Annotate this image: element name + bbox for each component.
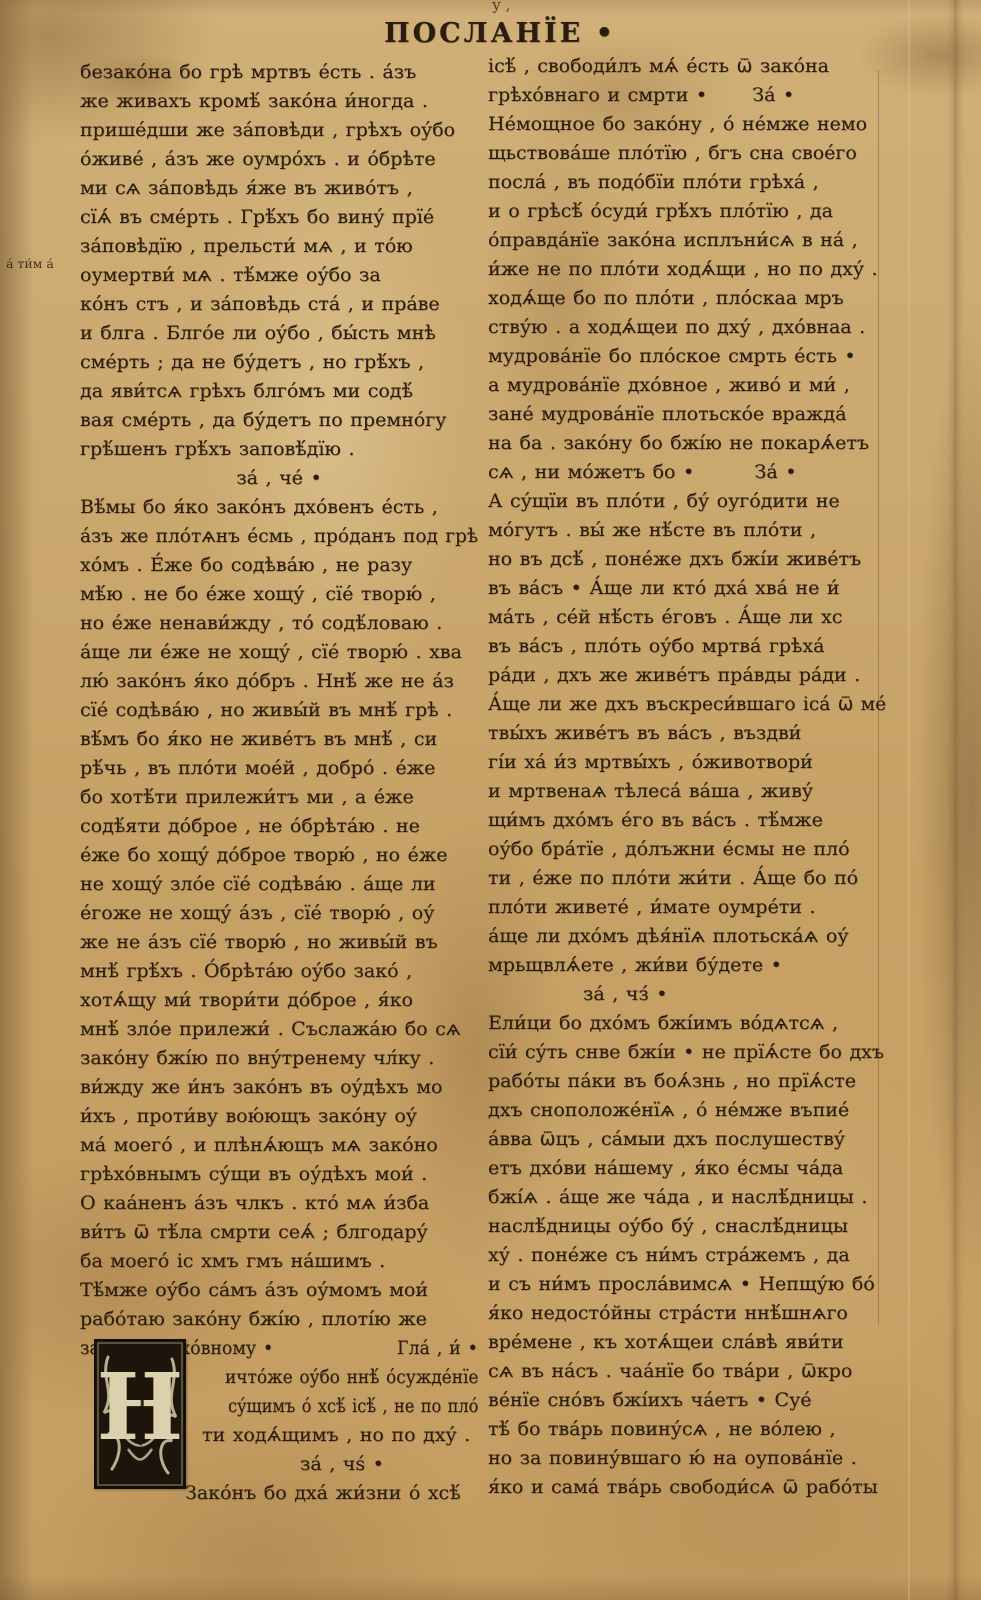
text-line: бжі́ѧ . а́ще же ча́да , и наслѣ́дницы . (488, 1183, 886, 1212)
text-line: вая сме́рть , да бу́детъ по премно́гу (80, 406, 478, 435)
text-line: я́ко и сама́ тва́рь свободи́сѧ ѿ рабо́ты (488, 1473, 886, 1502)
text-line: ба моего́ іс хмъ гмъ на́шимъ . (80, 1247, 478, 1276)
text-line: ти , е́же по пло́ти жи́ти . А́ще бо по́ (488, 864, 886, 893)
text-line: мудрова́нїе бо пло́ское смрть е́сть • (488, 342, 886, 371)
text-line: за́ , чз́ • (583, 980, 886, 1009)
text-line: и мртвенаѧ тѣлеса́ ва́ша , живу́ (488, 777, 886, 806)
text-line: мо́гутъ . вы́ же нѣ́сте въ пло́ти , (488, 516, 886, 545)
text-line: ви́тъ ѿ тѣ́ла смрти сеѧ́ ; блгодару́ (80, 1218, 478, 1247)
text-line: Не́мощное бо зако́ну , о́ не́мже немо (488, 110, 886, 139)
text-line: и блга . Блго́е ли оу́бо , бы́сть мнѣ (80, 319, 478, 348)
text-line: ма́ть , се́й нѣ́сть е́говъ . А́ще ли хс (488, 603, 886, 632)
text-line: А су́щїи въ пло́ти , бу́ оуго́дити не (488, 487, 886, 516)
text-line: же живахъ кромѣ́ зако́на и́ногда . (80, 87, 478, 116)
text-line: наслѣ́дницы оу́бо бу́ , снаслѣ́дницы (488, 1212, 886, 1241)
text-line: О каа́ненъ а́зъ члкъ . кто́ мѧ и́зба (80, 1189, 478, 1218)
text-line: ми сѧ за́повѣдь я́же въ живо́тъ , (80, 174, 478, 203)
text-line: безако́на бо грѣ мртвъ е́сть . а́зъ (80, 58, 478, 87)
text-line: мѣ́ю . не бо е́же хощу́ , сїе́ творю́ , (80, 580, 478, 609)
page-top-fragment: ӱ , (492, 0, 510, 14)
text-line: Зако́нъ бо дха́ жи́зни о́ хсѣ́ (185, 1479, 478, 1508)
text-line: ра́ди , дхъ же живе́тъ пра́вды ра́ди . (488, 661, 886, 690)
text-line: о́живе́ , а́зъ же оумро́хъ . и о́брѣте (80, 145, 478, 174)
text-line: хо́мъ . Е́же бо содѣва́ю , не разу (80, 551, 478, 580)
text-line: на ба . зако́ну бо бжі́ю не покарѧ́етъ (488, 429, 886, 458)
text-line: сїѧ́ въ сме́рть . Грѣ́хъ бо вину́ прїе́ (80, 203, 478, 232)
text-line: хотѧ́щу ми́ твори́ти до́брое , я́ко (80, 986, 478, 1015)
text-line: оу́бо бра́тїе , до́лъжни е́смы не пло́ (488, 835, 886, 864)
text-line: за́ , че́ • (80, 464, 478, 493)
text-line: Тѣ́мже оу́бо са́мъ а́зъ оу́момъ мои́ (80, 1276, 478, 1305)
text-line: мнѣ́ грѣ́хъ . О́брѣта́ю оу́бо зако́ , (80, 957, 478, 986)
text-line: но въ дсѣ́ , поне́же дхъ бжі́и живе́тъ (488, 545, 886, 574)
text-line: но е́же ненави́жду , то́ содѣ́ловаю . (80, 609, 478, 638)
text-line: ісѣ́ , свободи́лъ мѧ́ е́сть ѿ зако́на (488, 52, 886, 81)
text-line: бо хотѣ́ти прилежи́тъ ми , а е́же (80, 783, 478, 812)
text-line: ко́нъ стъ , и за́повѣдь ста́ , и пра́ве (80, 290, 478, 319)
text-line: и́же не по пло́ти ходѧ́щи , но по дху́ . (488, 255, 886, 284)
text-line: не хощу́ зло́е сїе́ содѣва́ю . а́ще ли (80, 870, 478, 899)
text-line: за́ , чѕ́ • (300, 1450, 478, 1479)
text-line: ичто́же оу́бо ннѣ́ о́сужде́нїе (225, 1363, 450, 1392)
text-line: грѣхо́внаго и смрти • За́ • (488, 81, 886, 110)
text-line: рабо́таю зако́ну бжі́ю , плоті́ю же (80, 1305, 478, 1334)
page-crease-dark (954, 0, 957, 1600)
text-line: въ ва́съ , пло́ть оу́бо мртва́ грѣха́ (488, 632, 886, 661)
text-line: а мудрова́нїе дхо́вное , живо́ и ми́ , (488, 371, 886, 400)
text-line: лю́ зако́нъ я́ко до́бръ . Ннѣ́ же не а́з (80, 667, 478, 696)
text-line: рѣ́чь , въ пло́ти мое́й , добро́ . е́же (80, 754, 478, 783)
text-line: за́повѣдїю , прельсти́ мѧ , и то́ю (80, 232, 478, 261)
text-line: вре́мене , къ хотѧ́щеи сла́вѣ яви́ти (488, 1328, 886, 1357)
text-line: содѣ́яти до́брое , не о́брѣта́ю . не (80, 812, 478, 841)
text-line: но за повину́вшаго ю́ на оупова́нїе . (488, 1444, 886, 1473)
text-line: оумертви́ мѧ . тѣ́мже оу́бо за (80, 261, 478, 290)
text-line: тѣ́ бо тва́рь повину́сѧ , не во́лею , (488, 1415, 886, 1444)
page-crease-light (908, 0, 910, 1600)
text-line: мнѣ́ зло́е прилежи́ . Съслажа́ю бо сѧ (80, 1015, 478, 1044)
text-line: въ ва́съ • А́ще ли кто́ дха́ хва́ не и́ (488, 574, 886, 603)
text-line: а́вва ѿцъ , са́мыи дхъ послушеству́ (488, 1125, 886, 1154)
text-line: су́щимъ о́ хсѣ́ ісѣ́ , не по пло́ (228, 1392, 441, 1421)
text-column-right: ісѣ́ , свободи́лъ мѧ́ е́сть ѿ зако́нагрѣ… (488, 52, 886, 1502)
text-line: и о грѣсѣ́ о́суди́ грѣ́хъ пло́тїю , да (488, 197, 886, 226)
text-line: рабо́ты па́ки въ боѧ́знь , но прїѧ́сте (488, 1067, 886, 1096)
text-line: твы́хъ живе́тъ въ ва́съ , въздви́ (488, 719, 886, 748)
text-line: А́ще ли же дхъ въскреси́вшаго іса́ ѿ ме́ (488, 690, 877, 719)
text-line: грѣ́шенъ грѣ́хъ заповѣ́дїю . (80, 435, 478, 464)
woodcut-initial-icon: Н (94, 1339, 186, 1489)
margin-note: а́ ти́м а́ (6, 256, 82, 271)
book-page: ӱ , ПОСЛАНЇЕ • а́ ти́м а́ безако́на бо г… (0, 0, 981, 1600)
text-line: о́правда́нїе зако́на исплъни́сѧ в на́ , (488, 226, 886, 255)
text-line: а́зъ же пло́тѧнъ е́смь , про́данъ под гр… (80, 522, 468, 551)
text-line: а́ще ли дхо́мъ дѣя́нїѧ плотьска́ѧ оу́ (488, 922, 886, 951)
text-line: мрьщвлѧ́ете , жи́ви бу́дете • (488, 951, 886, 980)
text-line: сїе́ содѣва́ю , но живы́й въ мнѣ́ грѣ . (80, 696, 478, 725)
text-line: ству́ю . а ходѧ́щеи по дху́ , дхо́внаа . (488, 313, 886, 342)
text-line: и́хъ , проти́ву вою́ющъ зако́ну оу́ (80, 1102, 478, 1131)
text-line: же не а́зъ сїе́ творю́ , но живы́й въ (80, 928, 478, 957)
text-column-left: безако́на бо грѣ мртвъ е́сть . а́зъже жи… (80, 58, 478, 1508)
text-line: зане́ мудрова́нїе плотьско́е вражда́ (488, 400, 886, 429)
text-line: ходѧ́ще бо по пло́ти , пло́скаа мръ (488, 284, 886, 313)
text-line: грѣхо́внымъ су́щи въ оу́дѣхъ мои́ . (80, 1160, 478, 1189)
text-line: етъ дхо́ви на́шему , я́ко е́смы ча́да (488, 1154, 886, 1183)
text-line: вѣ́мъ бо я́ко не живе́тъ въ мнѣ́ , си (80, 725, 478, 754)
text-line: ху́ . поне́же съ ни́мъ стра́жемъ , да (488, 1241, 886, 1270)
text-line: ма́ моего́ , и плѣнѧ́ющъ мѧ зако́но (80, 1131, 478, 1160)
text-line: дхъ сноположе́нїѧ , о́ не́мже въпие́ (488, 1096, 886, 1125)
text-line: посла́ , въ подо́бїи пло́ти грѣха́ , (488, 168, 886, 197)
text-line: я́ко недосто́йны стра́сти ннѣ́шнѧго (488, 1299, 886, 1328)
text-line: е́же бо хощу́ до́брое творю́ , но е́же (80, 841, 478, 870)
text-line: е́гоже не хощу́ а́зъ , сїе́ творю́ , оу́ (80, 899, 478, 928)
text-line: ви́жду же и́нъ зако́нъ въ оу́дѣхъ мо (80, 1073, 478, 1102)
text-line: щьствова́ше пло́тїю , бгъ сна свое́го (488, 139, 886, 168)
text-line: сѧ въ на́съ . чаа́нїе бо тва́ри , ѿкро (488, 1357, 886, 1386)
text-line: Ели́ци бо дхо́мъ бжі́имъ во́дѧтсѧ , (488, 1009, 886, 1038)
text-line: зако́ну бжі́ю по вну́тренему чл́ку . (80, 1044, 478, 1073)
text-line: Вѣ́мы бо я́ко зако́нъ дхо́венъ е́сть , (80, 493, 478, 522)
text-line: сме́рть ; да не бу́детъ , но грѣ́хъ , (80, 348, 478, 377)
text-line: сѧ , ни мо́жетъ бо • За́ • (488, 458, 886, 487)
text-line: а́ще ли е́же не хощу́ , сїе́ творю́ . хв… (80, 638, 478, 667)
text-line: да яви́тсѧ грѣхъ блго́мъ ми содѣ́ (80, 377, 478, 406)
text-line: прише́дши же за́повѣди , грѣхъ оу́бо (80, 116, 478, 145)
text-line: и съ ни́мъ просла́вимсѧ • Непщу́ю бо́ (488, 1270, 886, 1299)
text-line: ве́нїе сно́въ бжі́ихъ ча́етъ • Суе́ (488, 1386, 886, 1415)
running-title: ПОСЛАНЇЕ • (355, 18, 645, 49)
text-line: пло́ти живете́ , и́мате оумре́ти . (488, 893, 886, 922)
drop-cap-initial: Н (94, 1339, 186, 1489)
text-line: сїи́ су́ть снве бжі́и • не прїѧ́сте бо д… (488, 1038, 886, 1067)
text-line: щи́мъ дхо́мъ е́го въ ва́съ . тѣ́мже (488, 806, 886, 835)
text-line: ти ходѧ́щимъ , но по дху́ . (202, 1421, 478, 1450)
text-line: гі́и ха́ и́з мртвы́хъ , о́животвори́ (488, 748, 886, 777)
text-block-rule (878, 70, 879, 1325)
